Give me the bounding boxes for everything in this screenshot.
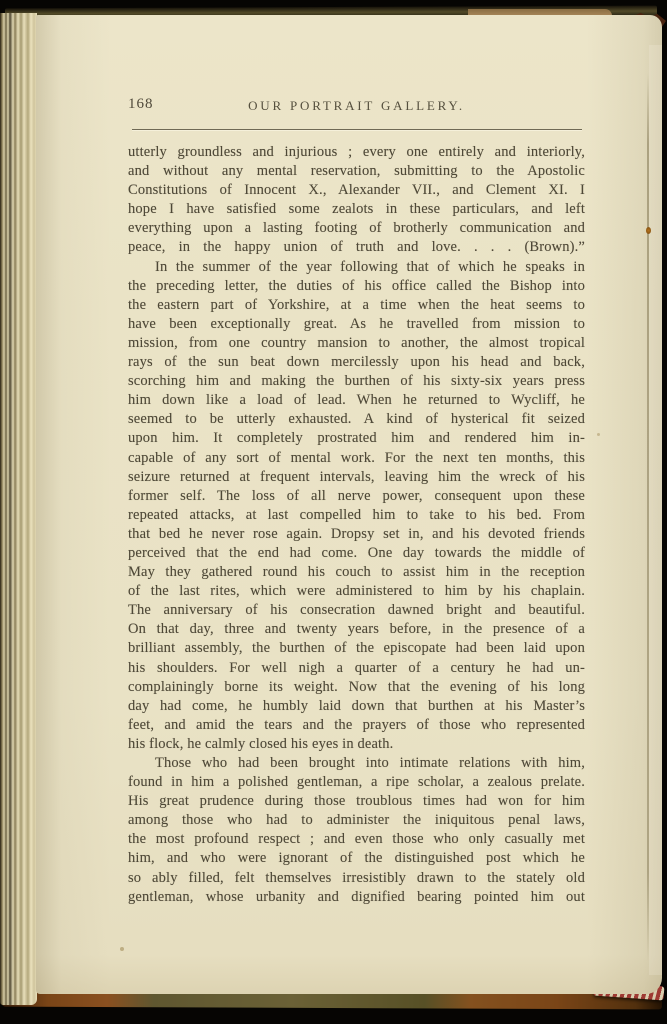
- text-line: capable of any sort of mental work. For …: [128, 449, 585, 468]
- text-line: the eastern part of Yorkshire, at a time…: [128, 296, 585, 315]
- text-line: seizure returned at frequent intervals, …: [128, 468, 585, 487]
- foxing-speck: [597, 433, 600, 436]
- text-line: mission, from one country mansion to ano…: [128, 334, 585, 353]
- text-line: found in him a polished gentleman, a rip…: [128, 773, 585, 792]
- text-line: upon him. It completely prostrated him a…: [128, 429, 585, 448]
- text-line: complainingly borne its weight. Now that…: [128, 678, 585, 697]
- text-line: The anniversary of his consecration dawn…: [128, 601, 585, 620]
- text-line: among those who had to administer the in…: [128, 811, 585, 830]
- page-fore-edge: [649, 45, 662, 975]
- text-line: May they gathered round his couch to ass…: [128, 563, 585, 582]
- text-line: feet, and amid the tears and the prayers…: [128, 716, 585, 735]
- text-line: utterly groundless and injurious ; every…: [128, 143, 585, 162]
- header-rule: [132, 129, 582, 130]
- foxing-speck: [646, 227, 651, 234]
- text-line: Those who had been brought into intimate…: [128, 754, 585, 773]
- text-line: seemed to be utterly exhausted. A kind o…: [128, 410, 585, 429]
- paragraph: In the summer of the year following that…: [128, 258, 585, 754]
- text-line: that bed he never rose again. Dropsy set…: [128, 525, 585, 544]
- text-line: Constitutions of Innocent X., Alexander …: [128, 181, 585, 200]
- text-line: repeated attacks, at last compelled him …: [128, 506, 585, 525]
- text-line: everything upon a lasting footing of bro…: [128, 219, 585, 238]
- text-line: of the last rites, which were administer…: [128, 582, 585, 601]
- paragraph: utterly groundless and injurious ; every…: [128, 143, 585, 258]
- paragraph: Those who had been brought into intimate…: [128, 754, 585, 907]
- text-line: gentleman, whose urbanity and dignified …: [128, 888, 585, 907]
- text-line: In the summer of the year following that…: [128, 258, 585, 277]
- text-line: scorching him and making the burthen of …: [128, 372, 585, 391]
- text-line: so ably filled, felt themselves irresist…: [128, 869, 585, 888]
- text-line: his shoulders. For well nigh a quarter o…: [128, 659, 585, 678]
- text-line: perceived that the end had come. One day…: [128, 544, 585, 563]
- foxing-speck: [120, 947, 124, 951]
- text-line: On that day, three and twenty years befo…: [128, 620, 585, 639]
- text-line: brilliant assembly, the burthen of the e…: [128, 639, 585, 658]
- text-line: peace, in the happy union of truth and l…: [128, 238, 585, 257]
- running-title: OUR PORTRAIT GALLERY.: [128, 98, 585, 114]
- text-line: him, and who were ignorant of the distin…: [128, 849, 585, 868]
- text-line: rays of the sun beat down mercilessly up…: [128, 353, 585, 372]
- left-page-stack: [0, 13, 37, 1005]
- text-line: and without any mental reservation, subm…: [128, 162, 585, 181]
- text-line: the most profound respect ; and even tho…: [128, 830, 585, 849]
- text-line: him down like a load of lead. When he re…: [128, 391, 585, 410]
- text-line: his flock, he calmly closed his eyes in …: [128, 735, 585, 754]
- text-line: have been exceptionally great. As he tra…: [128, 315, 585, 334]
- text-line: His great prudence during those troublou…: [128, 792, 585, 811]
- text-line: the preceding letter, the duties of his …: [128, 277, 585, 296]
- book-scan: 168 OUR PORTRAIT GALLERY. utterly ground…: [0, 0, 667, 1024]
- body-text: utterly groundless and injurious ; every…: [128, 143, 585, 907]
- text-line: former self. The loss of all nerve power…: [128, 487, 585, 506]
- text-line: hope I have satisfied some zealots in th…: [128, 200, 585, 219]
- book-page: 168 OUR PORTRAIT GALLERY. utterly ground…: [36, 15, 662, 994]
- text-line: day had come, he humbly laid down that b…: [128, 697, 585, 716]
